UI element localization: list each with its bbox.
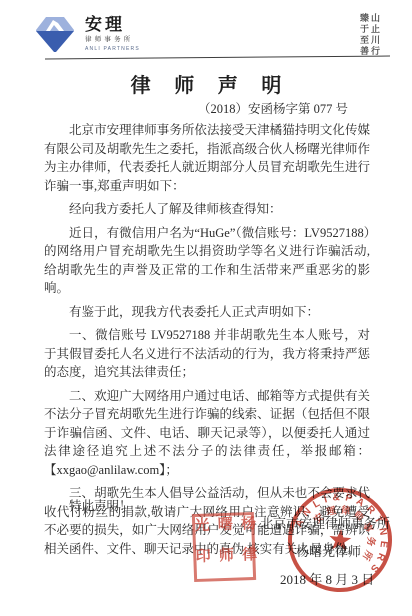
square-seal-column-left: 律师印 <box>189 546 260 579</box>
firm-name-cn: 安理 <box>85 16 140 33</box>
header-divider <box>45 55 390 59</box>
firm-round-seal: ANLI&PARTNERS 安理律师事务所 <box>281 481 400 600</box>
square-seal-column-right: 杨曙光 <box>188 515 259 548</box>
body-paragraph: 一、微信账号 LV9527188 并非胡歌先生本人账号，对于其假冒委托人名义进行… <box>44 326 370 382</box>
anli-hexagon-logo-icon <box>34 13 76 55</box>
closing-statement: 特此声明！ <box>44 496 132 514</box>
lawyer-statement-document: 安理 律师事务所 ANLI PARTNERS 山止川行 臻于至善 律 师 声 明… <box>0 0 412 616</box>
body-paragraph: 二、欢迎广大网络用户通过电话、邮箱等方式提供有关不法分子冒充胡歌先生进行诈骗的线… <box>44 387 370 480</box>
body-paragraph: 北京市安理律师事务所依法接受天津橘猫持明文化传媒有限公司及胡歌先生之委托，指派高… <box>44 121 370 195</box>
body-paragraph: 经向我方委托人了解及律师核查得知： <box>44 200 370 219</box>
document-number: （2018）安函杨字第 077 号 <box>198 99 348 117</box>
body-paragraph: 有鉴于此，现我方代表委托人正式声明如下： <box>44 303 370 322</box>
page-title: 律 师 声 明 <box>0 69 412 98</box>
firm-logo-text: 安理 律师事务所 ANLI PARTNERS <box>85 16 140 52</box>
body-paragraph: 近日，有微信用户名为“HuGe”（微信账号：LV9527188）的网络用户冒充胡… <box>44 224 370 298</box>
lawyer-square-seal: 杨曙光 律师印 <box>192 512 256 582</box>
firm-logo: 安理 律师事务所 ANLI PARTNERS <box>34 13 140 55</box>
firm-type-label: 律师事务所 <box>85 37 140 44</box>
star-icon <box>328 528 352 551</box>
firm-name-en: ANLI PARTNERS <box>85 47 140 52</box>
